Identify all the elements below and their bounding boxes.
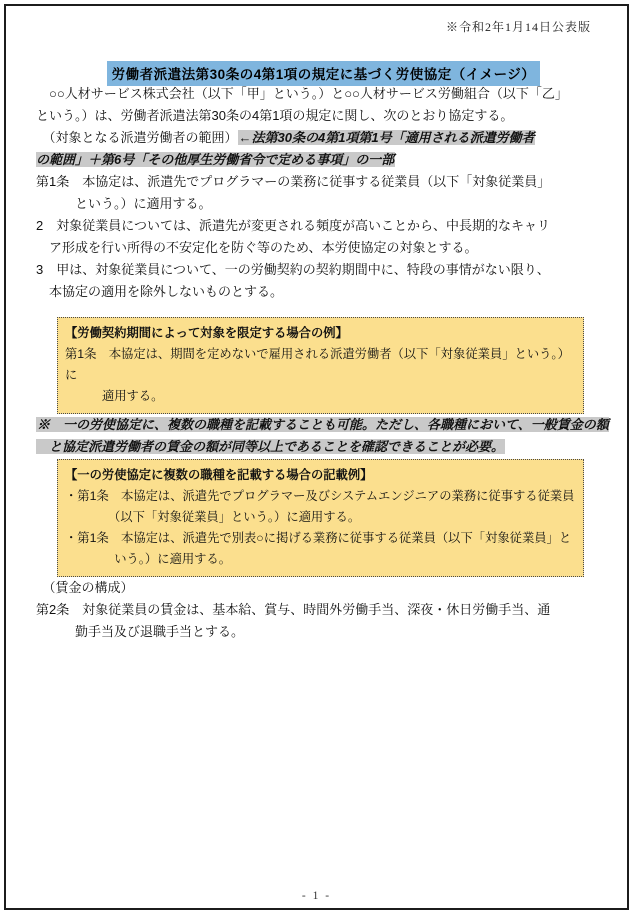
wages-section-heading: （賃金の構成） — [36, 577, 611, 599]
article2-clause: 第2条 対象従業員の賃金は、基本給、賞与、時間外労働手当、深夜・休日労働手当、通… — [36, 599, 611, 643]
example-box1-body: 第1条 本協定は、期間を定めないで雇用される派遣労働者（以下「対象従業員」という… — [65, 344, 576, 407]
publication-date-note: ※令和2年1月14日公表版 — [36, 18, 611, 35]
document-page: ※令和2年1月14日公表版 労働者派遣法第30条の4第1項の規定に基づく労使協定… — [4, 4, 629, 910]
example-box-contract-period: 【労働契約期間によって対象を限定する場合の例】 第1条 本協定は、期間を定めない… — [57, 317, 584, 414]
article1-clause1: 第1条 本協定は、派遣先でプログラマーの業務に従事する従業員（以下「対象従業員」… — [36, 171, 611, 215]
example-box-multiple-occupations: 【一の労使協定に複数の職種を記載する場合の記載例】 ・第1条 本協定は、派遣先で… — [57, 459, 584, 577]
example-box2-caption: 【一の労使協定に複数の職種を記載する場合の記載例】 — [65, 465, 576, 486]
document-title-row: 労働者派遣法第30条の4第1項の規定に基づく労使協定（イメージ） — [36, 61, 611, 83]
article1-clause3: 3 甲は、対象従業員について、一の労働契約の契約期間中に、特段の事情がない限り、… — [36, 259, 611, 303]
article1-clause2: 2 対象従業員については、派遣先が変更される頻度が高いことから、中長期的なキャリ… — [36, 215, 611, 259]
intro-paragraph: ○○人材サービス株式会社（以下「甲」という。）と○○人材サービス労働組合（以下「… — [36, 83, 611, 127]
example-box1-caption: 【労働契約期間によって対象を限定する場合の例】 — [65, 323, 576, 344]
scope-heading: （対象となる派遣労働者の範囲） — [36, 130, 238, 145]
note-highlighted-text: ※ 一の労使協定に、複数の職種を記載することも可能。ただし、各職種において、一般… — [36, 417, 609, 454]
example-box2-body: ・第1条 本協定は、派遣先でプログラマー及びシステムエンジニアの業務に従事する従… — [65, 486, 576, 570]
page-number: - 1 - — [6, 890, 627, 902]
note-paragraph: ※ 一の労使協定に、複数の職種を記載することも可能。ただし、各職種において、一般… — [36, 414, 611, 458]
scope-heading-line: （対象となる派遣労働者の範囲）←法第30条の4第1項第1号「適用される派遣労働者… — [36, 127, 611, 171]
